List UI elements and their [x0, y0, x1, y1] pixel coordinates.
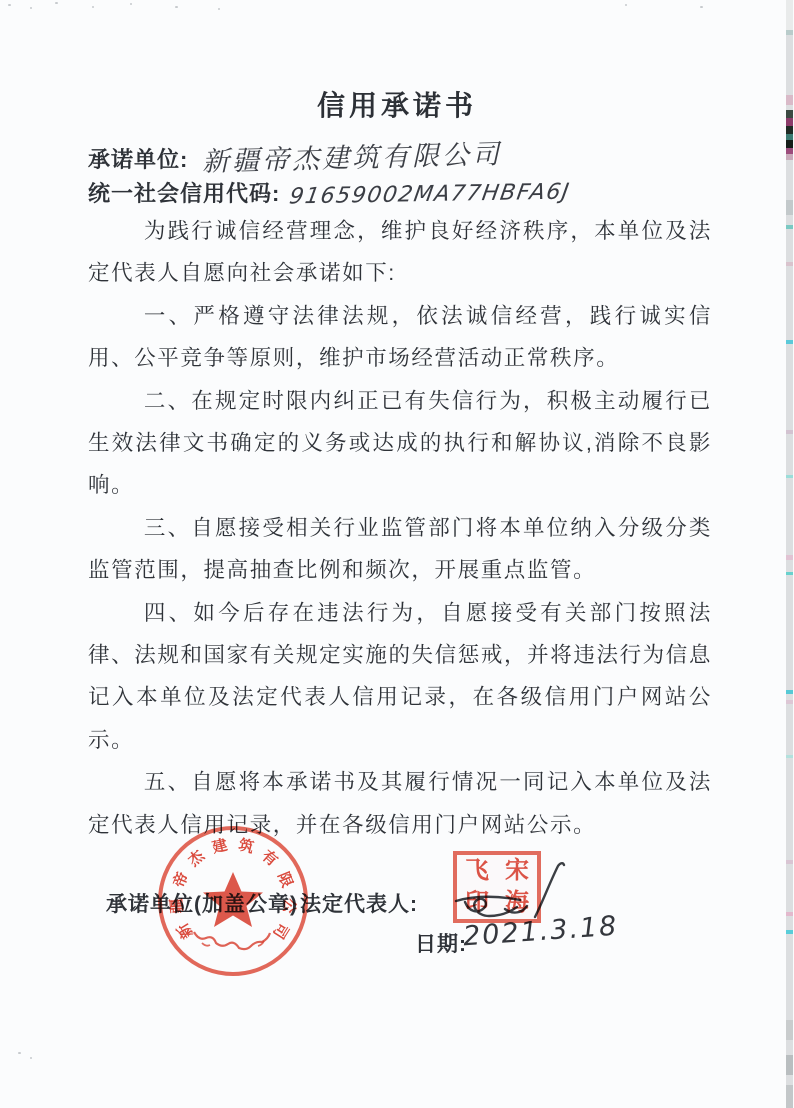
promise-unit-label: 承诺单位:: [88, 147, 188, 172]
dust-speck: [175, 6, 178, 8]
scan-artifact-segment: [786, 572, 793, 575]
dust-speck: [30, 7, 32, 9]
dust-speck: [625, 4, 627, 6]
scan-artifact-segment: [786, 340, 793, 344]
promise-unit-handwritten-value: 新疆帝杰建筑有限公司: [202, 132, 503, 179]
credit-code-handwritten-value: 91659002MA77HBFA6J: [288, 180, 572, 210]
credit-code-row: 统一社会信用代码:91659002MA77HBFA6J: [88, 177, 570, 208]
scan-artifact-segment: [786, 430, 793, 434]
scan-artifact-segment: [786, 912, 793, 916]
scan-artifact-segment: [786, 0, 793, 30]
scan-artifact-segment: [786, 95, 793, 105]
intro-paragraph: 为践行诚信经营理念，维护良好经济秩序，本单位及法定代表人自愿向社会承诺如下:: [88, 210, 712, 295]
commitment-item-3: 三、自愿接受相关行业监管部门将本单位纳入分级分类监管范围，提高抽查比例和频次，开…: [88, 507, 712, 592]
commitment-item-1: 一、严格遵守法律法规，依法诚信经营，践行诚实信用、公平竞争等原则，维护市场经营活…: [88, 295, 712, 380]
scan-artifact-segment: [786, 1085, 793, 1108]
scan-artifact-segment: [786, 475, 793, 478]
scan-artifact-segment: [786, 262, 793, 266]
dust-speck: [8, 4, 11, 6]
dust-speck: [18, 1052, 21, 1054]
scan-artifact-segment: [786, 154, 793, 160]
scan-artifact-segment: [786, 225, 793, 229]
scan-artifact-segment: [786, 555, 793, 560]
scan-artifact-segment: [786, 126, 793, 134]
legal-representative-label: 法定代表人:: [300, 888, 418, 918]
scan-artifact-strip: [786, 0, 793, 1108]
dust-speck: [30, 1057, 32, 1059]
document-body: 为践行诚信经营理念，维护良好经济秩序，本单位及法定代表人自愿向社会承诺如下: 一…: [88, 210, 712, 846]
page-title: 信用承诺书: [0, 84, 794, 124]
dust-speck: [130, 3, 132, 5]
dust-speck: [55, 2, 58, 4]
round-seal-arc-char: 疆: [165, 897, 187, 914]
scanned-document-page: 信用承诺书 承诺单位:新疆帝杰建筑有限公司 统一社会信用代码:91659002M…: [0, 0, 794, 1108]
dust-speck: [700, 6, 703, 8]
commitment-item-4: 四、如今后存在违法行为，自愿接受有关部门按照法律、法规和国家有关规定实施的失信惩…: [88, 592, 712, 762]
company-round-seal: 新疆帝杰建筑有限公司: [158, 826, 308, 976]
scan-artifact-segment: [786, 755, 793, 758]
scan-artifact-segment: [786, 140, 793, 148]
scan-artifact-segment: [786, 1055, 793, 1075]
scan-artifact-segment: [786, 930, 793, 934]
dust-speck: [218, 8, 220, 10]
commitment-item-2: 二、在规定时限内纠正已有失信行为，积极主动履行已生效法律文书确定的义务或达成的执…: [88, 380, 712, 507]
scan-artifact-segment: [786, 200, 793, 215]
scan-artifact-segment: [786, 110, 793, 118]
legal-rep-signature: [450, 860, 578, 924]
scan-artifact-segment: [786, 30, 793, 35]
scan-artifact-segment: [786, 700, 793, 704]
date-label: 日期:: [415, 928, 467, 958]
round-seal-arc-char: 公: [279, 897, 301, 914]
scan-artifact-segment: [786, 860, 793, 864]
promise-unit-row: 承诺单位:新疆帝杰建筑有限公司: [88, 136, 502, 175]
scan-artifact-segment: [786, 1020, 793, 1040]
credit-code-label: 统一社会信用代码:: [88, 181, 280, 206]
dust-speck: [92, 6, 94, 8]
scan-artifact-segment: [786, 690, 793, 694]
scan-artifact-segment: [786, 118, 793, 126]
